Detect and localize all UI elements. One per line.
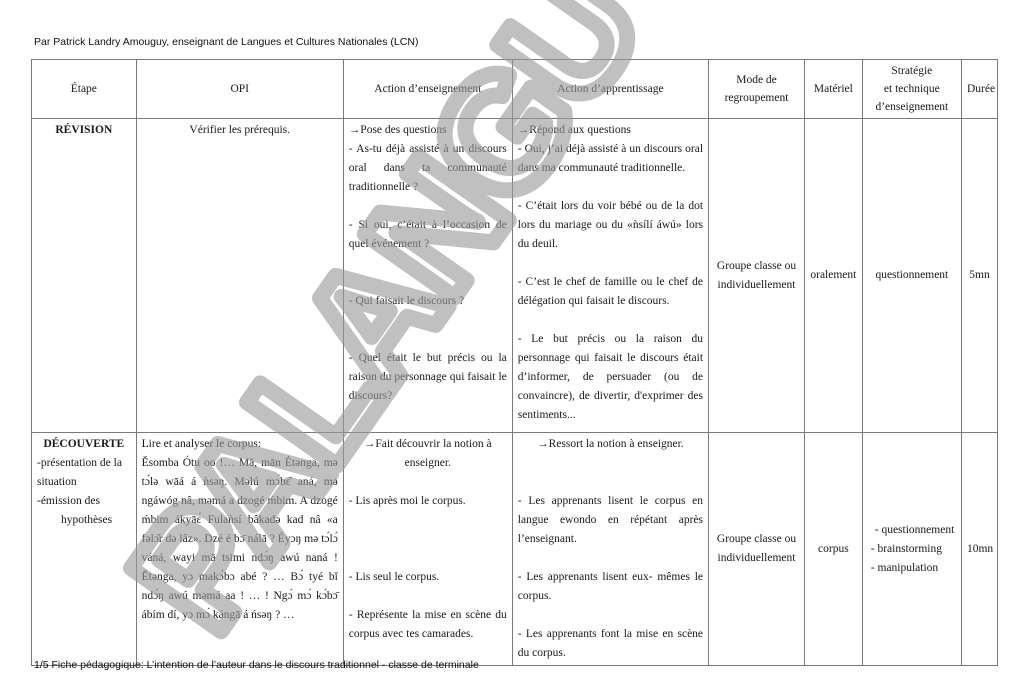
cell-action-enseignement: →Pose des questions - As-tu déjà assisté… bbox=[343, 119, 512, 433]
cell-duree: 5mn bbox=[961, 119, 997, 433]
header-duree: Durée bbox=[961, 60, 997, 119]
lesson-plan-table: Étape OPI Action d’enseignement Action d… bbox=[31, 59, 998, 666]
cell-action-enseignement: →Fait découvrir la notion à enseigner. -… bbox=[343, 433, 512, 666]
cell-etape: DÉCOUVERTE -présentation de la situation… bbox=[32, 433, 137, 666]
cell-materiel: oralement bbox=[804, 119, 862, 433]
corpus-intro: Lire et analyser le corpus: bbox=[142, 435, 338, 454]
header-opi: OPI bbox=[136, 60, 343, 119]
corpus-text: Ěsomba Ótu oo !… Mǎ, mān Étənga, mə tɔ́l… bbox=[142, 454, 338, 625]
cell-mode: Groupe classe ou individuellement bbox=[709, 433, 805, 666]
table-header-row: Étape OPI Action d’enseignement Action d… bbox=[32, 60, 998, 119]
cell-opi: Lire et analyser le corpus: Ěsomba Ótu o… bbox=[136, 433, 343, 666]
cell-strategie: - questionnement - brainstorming - manip… bbox=[862, 433, 961, 666]
cell-strategie: questionnement bbox=[862, 119, 961, 433]
cell-action-apprentissage: →Répond aux questions - Oui, j’ai déjà a… bbox=[512, 119, 708, 433]
header-materiel: Matériel bbox=[804, 60, 862, 119]
cell-duree: 10mn bbox=[961, 433, 997, 666]
header-strategie: Stratégie et technique d’enseignement bbox=[862, 60, 961, 119]
header-etape: Étape bbox=[32, 60, 137, 119]
cell-etape: RÉVISION bbox=[32, 119, 137, 433]
header-action-apprentissage: Action d’apprentissage bbox=[512, 60, 708, 119]
cell-materiel: corpus bbox=[804, 433, 862, 666]
table-row: RÉVISION Vérifier les prérequis. →Pose d… bbox=[32, 119, 998, 433]
table-row: DÉCOUVERTE -présentation de la situation… bbox=[32, 433, 998, 666]
header-mode-regroupement: Mode de regroupement bbox=[709, 60, 805, 119]
header-action-enseignement: Action d’enseignement bbox=[343, 60, 512, 119]
cell-action-apprentissage: →Ressort la notion à enseigner. - Les ap… bbox=[512, 433, 708, 666]
cell-mode: Groupe classe ou individuellement bbox=[709, 119, 805, 433]
cell-opi: Vérifier les prérequis. bbox=[136, 119, 343, 433]
stage-title: RÉVISION bbox=[37, 121, 131, 140]
author-line: Par Patrick Landry Amouguy, enseignant d… bbox=[34, 36, 418, 48]
stage-title: DÉCOUVERTE bbox=[37, 435, 131, 454]
footer-line: 1/5 Fiche pédagogique: L’intention de l’… bbox=[34, 659, 479, 671]
